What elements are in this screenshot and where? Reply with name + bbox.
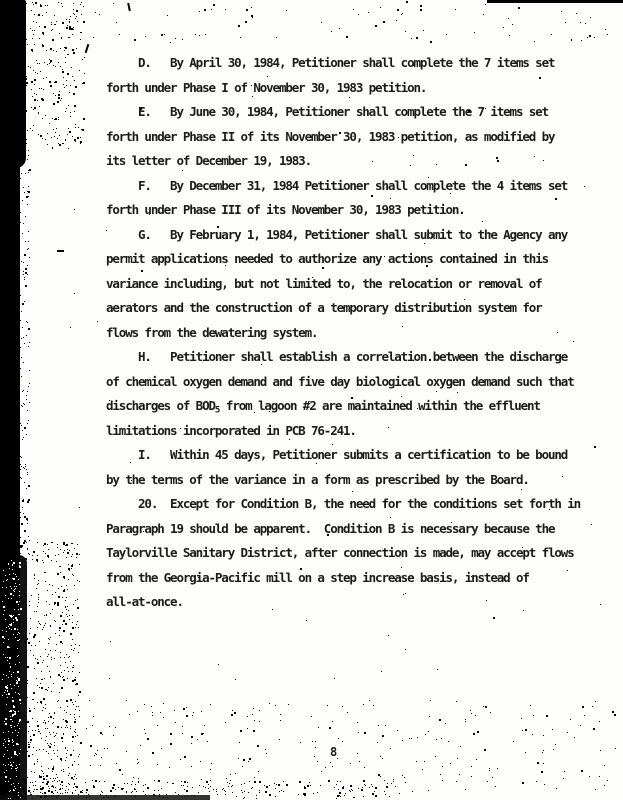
scan-noise-dot [228, 786, 229, 787]
scan-noise-dot [471, 776, 472, 777]
scan-noise-dot [48, 795, 49, 796]
document-text-line: Taylorville Sanitary District, after con… [106, 541, 606, 566]
scan-noise-dot [470, 710, 471, 711]
scan-noise-dot [11, 719, 12, 720]
scan-noise-dot [20, 295, 21, 296]
scan-noise-dot [41, 88, 42, 89]
scan-noise-dot [60, 657, 61, 658]
scan-noise-dot [49, 746, 51, 748]
scan-noise-dot [384, 791, 385, 792]
scan-noise-dot [541, 771, 543, 773]
scan-noise-dot [57, 756, 58, 757]
scan-noise-dot [60, 758, 62, 760]
scan-noise-dot [53, 750, 54, 751]
scan-noise-dot [28, 420, 29, 421]
scan-noise-dot [358, 788, 359, 789]
scan-noise-dot [18, 746, 19, 747]
scan-noise-dot [50, 48, 52, 50]
scan-noise-dot [181, 781, 182, 782]
scan-noise-dot [16, 765, 17, 766]
scan-noise-dot [20, 456, 21, 457]
scan-noise-dot [13, 615, 14, 616]
scan-noise-dot [127, 783, 128, 784]
scan-noise-dot [533, 715, 534, 716]
scan-noise-dot [68, 579, 69, 580]
document-text-line: variance including, but not limited to, … [106, 272, 606, 297]
scan-noise-dot [5, 711, 7, 713]
scan-noise-dot [28, 731, 29, 732]
scan-noise-dot [1, 738, 2, 739]
scan-noise-dot [115, 727, 116, 728]
scan-noise-dot [534, 156, 535, 157]
scan-noise-dot [332, 444, 333, 445]
scan-noise-dot [93, 786, 95, 788]
scan-noise-dot [11, 674, 12, 675]
scan-noise-dot [55, 24, 56, 25]
scan-noise-dot [37, 659, 38, 660]
scan-noise-dot [158, 790, 159, 791]
scan-noise-dot [46, 77, 47, 78]
scan-noise-dot [42, 138, 43, 139]
scan-noise-dot [257, 745, 259, 747]
scan-noise-dot [44, 797, 45, 798]
scan-noise-dot [60, 566, 61, 567]
scan-noise-dot [242, 792, 243, 793]
scan-noise-dot [248, 792, 249, 793]
scan-noise-dot [151, 706, 152, 707]
scan-noise-dot [13, 622, 14, 623]
scan-noise-dot [3, 754, 4, 755]
scan-noise-dot [37, 627, 38, 628]
scan-noise-dot [8, 677, 9, 678]
scan-noise-dot [57, 750, 58, 751]
scan-noise-dot [267, 76, 268, 77]
scan-noise-dot [28, 742, 29, 743]
scan-noise-dot [186, 790, 188, 792]
scan-noise-dot [593, 728, 595, 730]
scan-noise-dot [30, 782, 31, 783]
scan-noise-dot [252, 714, 253, 715]
scan-noise-dot [2, 780, 3, 781]
scan-noise-dot [66, 585, 67, 586]
scan-noise-dot [397, 9, 399, 11]
scan-noise-dot [13, 745, 14, 746]
scan-noise-dot [34, 107, 36, 109]
scan-noise-dot [183, 785, 184, 786]
scan-noise-dot [33, 655, 34, 656]
scan-noise-dot [78, 756, 79, 757]
scan-noise-dot [27, 751, 28, 752]
scan-noise-dot [0, 745, 1, 746]
scan-noise-dot [45, 139, 46, 140]
scan-noise-dot [184, 789, 185, 790]
scan-noise-dot [79, 70, 80, 71]
scan-noise-dot [24, 192, 25, 193]
scan-noise-dot [21, 311, 22, 312]
scan-noise-dot [32, 2, 33, 3]
document-text-line: E. By June 30, 1984, Petitioner shall co… [106, 100, 606, 125]
scan-noise-dot [33, 125, 34, 126]
scan-noise-dot [55, 95, 56, 96]
scan-noise-dot [59, 135, 60, 136]
scan-noise-dot [9, 628, 10, 629]
scan-noise-dot [54, 780, 55, 781]
scan-noise-dot [442, 780, 443, 781]
scan-noise-dot [18, 609, 19, 610]
scan-noise-dot [67, 706, 68, 707]
scan-noise-dot [39, 776, 41, 778]
scan-noise-dot [180, 759, 181, 760]
scan-noise-dot [45, 740, 46, 741]
scan-noise-dot [24, 530, 26, 532]
scan-noise-dot [72, 680, 74, 682]
scan-noise-dot [102, 792, 103, 793]
scan-noise-dot [380, 756, 381, 757]
scan-noise-dot [41, 687, 43, 689]
scan-noise-dot [6, 793, 7, 794]
scan-noise-dot [605, 29, 606, 30]
scan-noise-dot [143, 785, 144, 786]
scan-noise-dot [163, 703, 164, 704]
bod-text-before-subscript: discharges of BOD [106, 398, 215, 413]
scan-noise-dot [436, 391, 437, 392]
scan-noise-dot [10, 684, 11, 685]
scan-noise-dot [16, 776, 17, 777]
scan-noise-dot [76, 624, 77, 625]
scan-noise-dot [20, 737, 21, 738]
scan-noise-dot [62, 677, 63, 678]
scan-noise-dot [442, 766, 443, 767]
scan-noise-dot [44, 795, 45, 796]
scan-noise-dot [43, 787, 44, 788]
scan-noise-dot [254, 781, 256, 783]
scan-noise-dot [129, 714, 130, 715]
scan-noise-dot [34, 763, 35, 764]
scan-noise-dot [24, 61, 25, 62]
scan-noise-dot [417, 737, 418, 738]
scan-noise-dot [45, 5, 46, 6]
scan-noise-dot [315, 741, 316, 742]
scan-noise-dot [112, 787, 114, 789]
scan-noise-dot [29, 710, 31, 712]
scan-noise-dot [20, 156, 21, 157]
scan-noise-dot [485, 4, 486, 5]
scan-noise-dot [512, 24, 513, 25]
scan-noise-dot [561, 11, 562, 12]
scan-noise-dot [30, 628, 31, 629]
scan-noise-dot [403, 594, 404, 595]
scan-noise-dot [83, 6, 84, 7]
scan-noise-dot [14, 685, 15, 686]
scan-noise-dot [72, 765, 73, 766]
scan-noise-dot [57, 701, 58, 702]
scan-noise-dot [1, 795, 2, 796]
scan-noise-dot [80, 39, 81, 40]
scan-noise-dot [8, 758, 9, 759]
scan-noise-dot [186, 715, 188, 717]
scan-noise-dot [17, 634, 18, 635]
scan-noise-dot [49, 123, 50, 124]
scan-noise-dot [417, 408, 418, 409]
scan-noise-dot [20, 746, 21, 747]
scan-noise-dot [56, 561, 57, 562]
scan-noise-dot [7, 646, 9, 648]
scan-noise-dot [54, 15, 55, 16]
scan-noise-dot [393, 781, 394, 782]
scan-noise-dot [62, 69, 63, 70]
scan-noise-dot [77, 137, 79, 139]
scan-noise-dot [14, 591, 15, 592]
scan-noise-dot [12, 798, 13, 799]
scan-noise-dot [54, 82, 55, 83]
scan-noise-dot [11, 731, 12, 732]
scan-noise-dot [32, 51, 33, 52]
scan-noise-dot [85, 782, 86, 783]
scan-noise-dot [61, 760, 62, 761]
scan-noise-dot [5, 690, 6, 691]
scan-noise-dot [530, 705, 531, 706]
scan-noise-dot [187, 786, 188, 787]
scan-noise-dot [565, 22, 566, 23]
scan-noise-dot [62, 612, 63, 613]
scan-noise-dot [76, 706, 77, 707]
scan-noise-dot [7, 691, 8, 692]
bod-text-after-subscript: from lagoon #2 are maintained within the… [220, 398, 540, 413]
scan-noise-dot [49, 63, 50, 64]
scan-noise-dot [251, 788, 252, 789]
scan-noise-dot [43, 778, 45, 780]
scan-noise-dot [43, 749, 44, 750]
scan-noise-dot [19, 595, 20, 596]
scan-noise-dot [13, 764, 14, 765]
scan-noise-dot [74, 105, 76, 107]
scan-noise-dot [225, 791, 226, 792]
scan-noise-dot [41, 671, 42, 672]
scan-noise-dot [471, 766, 472, 767]
scan-noise-dot [73, 787, 74, 788]
scan-noise-dot [17, 741, 18, 742]
scan-noise-dot [65, 727, 66, 728]
scan-noise-dot [3, 764, 4, 765]
scan-noise-dot [72, 34, 73, 35]
scan-noise-dot [7, 657, 8, 658]
scan-noise-dot [485, 706, 487, 708]
scan-noise-dot [6, 704, 7, 705]
scan-noise-dot [259, 710, 260, 711]
scan-noise-dot [217, 794, 218, 795]
scan-noise-dot [104, 781, 105, 782]
scan-noise-dot [16, 682, 18, 684]
scan-noise-dot [27, 130, 28, 131]
scan-noise-dot [33, 636, 35, 638]
scan-noise-dot [7, 782, 8, 783]
scan-noise-dot [37, 761, 38, 762]
scan-noise-dot [246, 9, 248, 11]
scan-noise-dot [0, 714, 1, 715]
scan-noise-dot [350, 785, 352, 787]
scan-noise-dot [182, 733, 183, 734]
scan-noise-dot [213, 159, 214, 160]
scan-noise-dot [58, 119, 59, 120]
scan-noise-dot [37, 606, 38, 607]
document-text-line: F. By December 31, 1984 Petitioner shall… [106, 174, 606, 199]
scan-noise-dot [66, 609, 67, 610]
scan-noise-dot [259, 781, 261, 783]
scan-noise-dot [1, 793, 2, 794]
scan-noise-dot [329, 727, 331, 729]
scan-noise-dot [19, 429, 20, 430]
scan-noise-dot [5, 619, 6, 620]
scan-noise-dot [24, 301, 25, 302]
scan-noise-dot [25, 792, 26, 793]
scan-noise-dot [20, 517, 21, 518]
scan-noise-dot [5, 782, 6, 783]
scan-noise-dot [2, 679, 3, 680]
scan-noise-dot [92, 780, 93, 781]
scan-noise-dot [20, 749, 21, 750]
scan-noise-dot [232, 710, 233, 711]
scan-noise-dot [79, 564, 80, 565]
scan-noise-dot [11, 688, 12, 689]
scan-noise-dot [314, 188, 315, 189]
scan-noise-dot [261, 364, 262, 365]
scan-noise-dot [2, 789, 3, 790]
scan-noise-dot [33, 4, 34, 5]
scan-noise-dot [23, 161, 25, 163]
scan-noise-dot [23, 738, 24, 739]
scan-noise-dot [17, 767, 18, 768]
scan-noise-dot [3, 732, 4, 733]
scan-noise-dot [28, 231, 29, 232]
scan-noise-dot [384, 780, 385, 781]
scan-noise-dot [60, 572, 61, 573]
scan-artifact-tick-mark [127, 3, 131, 11]
scan-noise-dot [10, 586, 11, 587]
scan-noise-dot [44, 62, 45, 63]
scan-noise-dot [72, 543, 73, 544]
scan-noise-dot [76, 557, 77, 558]
scan-noise-dot [28, 328, 30, 330]
scan-noise-dot [17, 735, 18, 736]
scan-noise-dot [51, 744, 52, 745]
scan-noise-dot [106, 230, 107, 231]
scan-noise-dot [57, 604, 59, 606]
scan-noise-dot [39, 106, 40, 107]
scan-noise-dot [19, 633, 20, 634]
scan-noise-dot [78, 764, 79, 765]
scan-noise-dot [14, 713, 16, 715]
scan-noise-dot [52, 768, 54, 770]
scan-noise-dot [46, 796, 47, 797]
scan-noise-dot [2, 636, 4, 638]
scan-noise-dot [38, 602, 39, 603]
scan-noise-dot [497, 768, 498, 769]
scan-noise-dot [43, 34, 44, 35]
scan-noise-dot [211, 763, 212, 764]
scan-noise-dot [15, 724, 16, 725]
scan-noise-dot [97, 321, 98, 322]
scan-noise-dot [26, 733, 27, 734]
scan-noise-dot [22, 507, 23, 508]
scan-noise-dot [54, 753, 55, 754]
scan-noise-dot [73, 3, 74, 4]
scan-noise-dot [72, 627, 74, 629]
scan-noise-dot [65, 760, 66, 761]
scan-noise-dot [138, 778, 139, 779]
scan-noise-dot [216, 791, 217, 792]
scan-noise-dot [61, 687, 63, 689]
scan-noise-dot [55, 633, 56, 634]
scan-noise-dot [187, 782, 188, 783]
scan-noise-dot [95, 780, 97, 782]
scan-noise-dot [607, 780, 608, 781]
scan-noise-dot [46, 775, 48, 777]
scan-noise-dot [244, 791, 245, 792]
scan-noise-dot [67, 667, 68, 668]
scan-noise-dot [559, 0, 560, 1]
scan-noise-dot [20, 512, 21, 513]
scan-noise-dot [137, 763, 138, 764]
scan-noise-dot [58, 596, 60, 598]
scan-noise-dot [23, 390, 24, 391]
scan-noise-dot [74, 714, 75, 715]
scan-noise-dot [21, 457, 22, 458]
scan-noise-dot [50, 716, 52, 718]
scan-noise-dot [584, 186, 585, 187]
scan-noise-dot [276, 784, 277, 785]
scan-noise-dot [45, 572, 46, 573]
scan-noise-dot [135, 796, 136, 797]
scan-noise-dot [31, 645, 32, 646]
scan-noise-dot [33, 734, 35, 736]
scan-noise-dot [385, 725, 386, 726]
scan-noise-dot [9, 711, 10, 712]
scan-noise-dot [20, 212, 21, 213]
scan-noise-dot [465, 789, 466, 790]
scan-noise-dot [252, 17, 253, 18]
scan-artifact-top-edge-line [487, 0, 623, 3]
scan-noise-dot [276, 37, 277, 38]
scan-noise-dot [66, 597, 67, 598]
scan-noise-dot [61, 37, 62, 38]
scan-noise-dot [534, 41, 535, 42]
scan-noise-dot [34, 99, 36, 101]
scan-noise-dot [67, 792, 68, 793]
scan-noise-dot [455, 9, 456, 10]
scan-noise-dot [358, 14, 359, 15]
scan-noise-dot [482, 221, 483, 222]
scan-noise-dot [591, 524, 592, 525]
scan-noise-dot [2, 601, 3, 602]
scan-noise-dot [380, 776, 381, 777]
scan-noise-dot [562, 476, 563, 477]
scan-noise-dot [75, 86, 77, 88]
scan-noise-dot [445, 723, 446, 724]
scan-noise-dot [390, 198, 391, 199]
scan-noise-dot [79, 710, 80, 711]
scan-noise-dot [27, 423, 28, 424]
scan-noise-dot [460, 746, 461, 747]
scan-noise-dot [13, 783, 14, 784]
scan-noise-dot [15, 788, 16, 789]
scan-noise-dot [23, 788, 24, 789]
scan-noise-dot [27, 159, 28, 160]
scan-noise-dot [465, 719, 466, 720]
scan-noise-dot [152, 715, 153, 716]
scan-noise-dot [225, 794, 226, 795]
scan-noise-dot [50, 60, 51, 61]
scan-noise-dot [154, 790, 155, 791]
